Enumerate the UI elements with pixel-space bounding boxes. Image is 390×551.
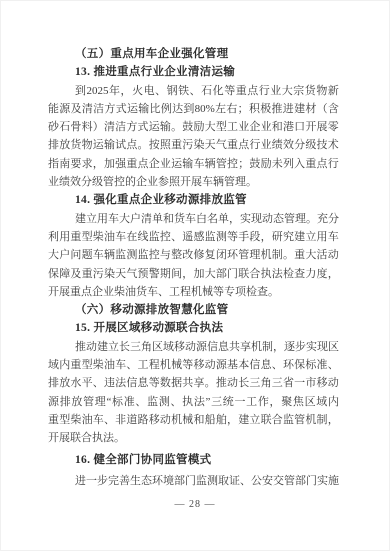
page-number: — 28 — (1, 499, 389, 510)
paragraph-line: 建立用车大户清单和货车白名单，实现动态管理。充分 (48, 210, 339, 228)
item-heading: 15. 开展区域移动源联合执法 (48, 319, 339, 337)
paragraph-line: 大户问题车辆监测监控与整改修复闭环管理机制。重大活动 (48, 246, 339, 264)
item-heading: 16. 健全部门协同监管模式 (48, 451, 339, 469)
paragraph-line: 进一步完善生态环境部门监测取证、公安交管部门实施 (48, 472, 339, 490)
section-heading: （五）重点用车企业强化管理 (48, 45, 339, 63)
paragraph-line: 排放水平、违法信息等数据共享。推动长三角三省一市移动 (48, 374, 339, 392)
paragraph-line: 开展联合执法。 (48, 429, 339, 447)
paragraph-line: 源排放管理“标准、监测、执法”三统一工作，聚焦区域内 (48, 393, 339, 411)
paragraph-line: 重型柴油车、非道路移动机械和船舶，建立联合监管机制， (48, 411, 339, 429)
page: （五）重点用车企业强化管理13. 推进重点行业企业清洁运输到 2025 年，火电… (0, 0, 390, 551)
paragraph-line: 砂石骨料）清洁方式运输。鼓励大型工业企业和港口开展零 (48, 118, 339, 136)
paragraph-line: 指南要求，加强重点企业运输车辆管控；鼓励未列入重点行 (48, 155, 339, 173)
paragraph-line: 开展重点企业柴油货车、工程机械等专项检查。 (48, 283, 339, 301)
item-heading: 14. 强化重点企业移动源排放监管 (48, 191, 339, 209)
paragraph-line: 推动建立长三角区域移动源信息共享机制，逐步实现区 (48, 338, 339, 356)
paragraph-line: 能源及清洁方式运输比例达到 80%左右；积极推进建材（含 (48, 100, 339, 118)
paragraph-line: 保障及重污染天气预警期间，加大部门联合执法检查力度， (48, 265, 339, 283)
paragraph-line: 域内重型柴油车、工程机械等移动源基本信息、环保标准、 (48, 356, 339, 374)
document-body: （五）重点用车企业强化管理13. 推进重点行业企业清洁运输到 2025 年，火电… (48, 45, 339, 490)
item-heading: 13. 推进重点行业企业清洁运输 (48, 63, 339, 81)
section-heading: （六）移动源排放智慧化监管 (48, 301, 339, 319)
paragraph-line: 到 2025 年，火电、钢铁、石化等重点行业大宗货物新 (48, 82, 339, 100)
paragraph-line: 业绩效分级管控的企业参照开展车辆管理。 (48, 173, 339, 191)
paragraph-line: 排放货物运输试点。按照重污染天气重点行业绩效分级技术 (48, 136, 339, 154)
paragraph-line: 利用重型柴油车在线监控、遥感监测等手段，研究建立用车 (48, 228, 339, 246)
